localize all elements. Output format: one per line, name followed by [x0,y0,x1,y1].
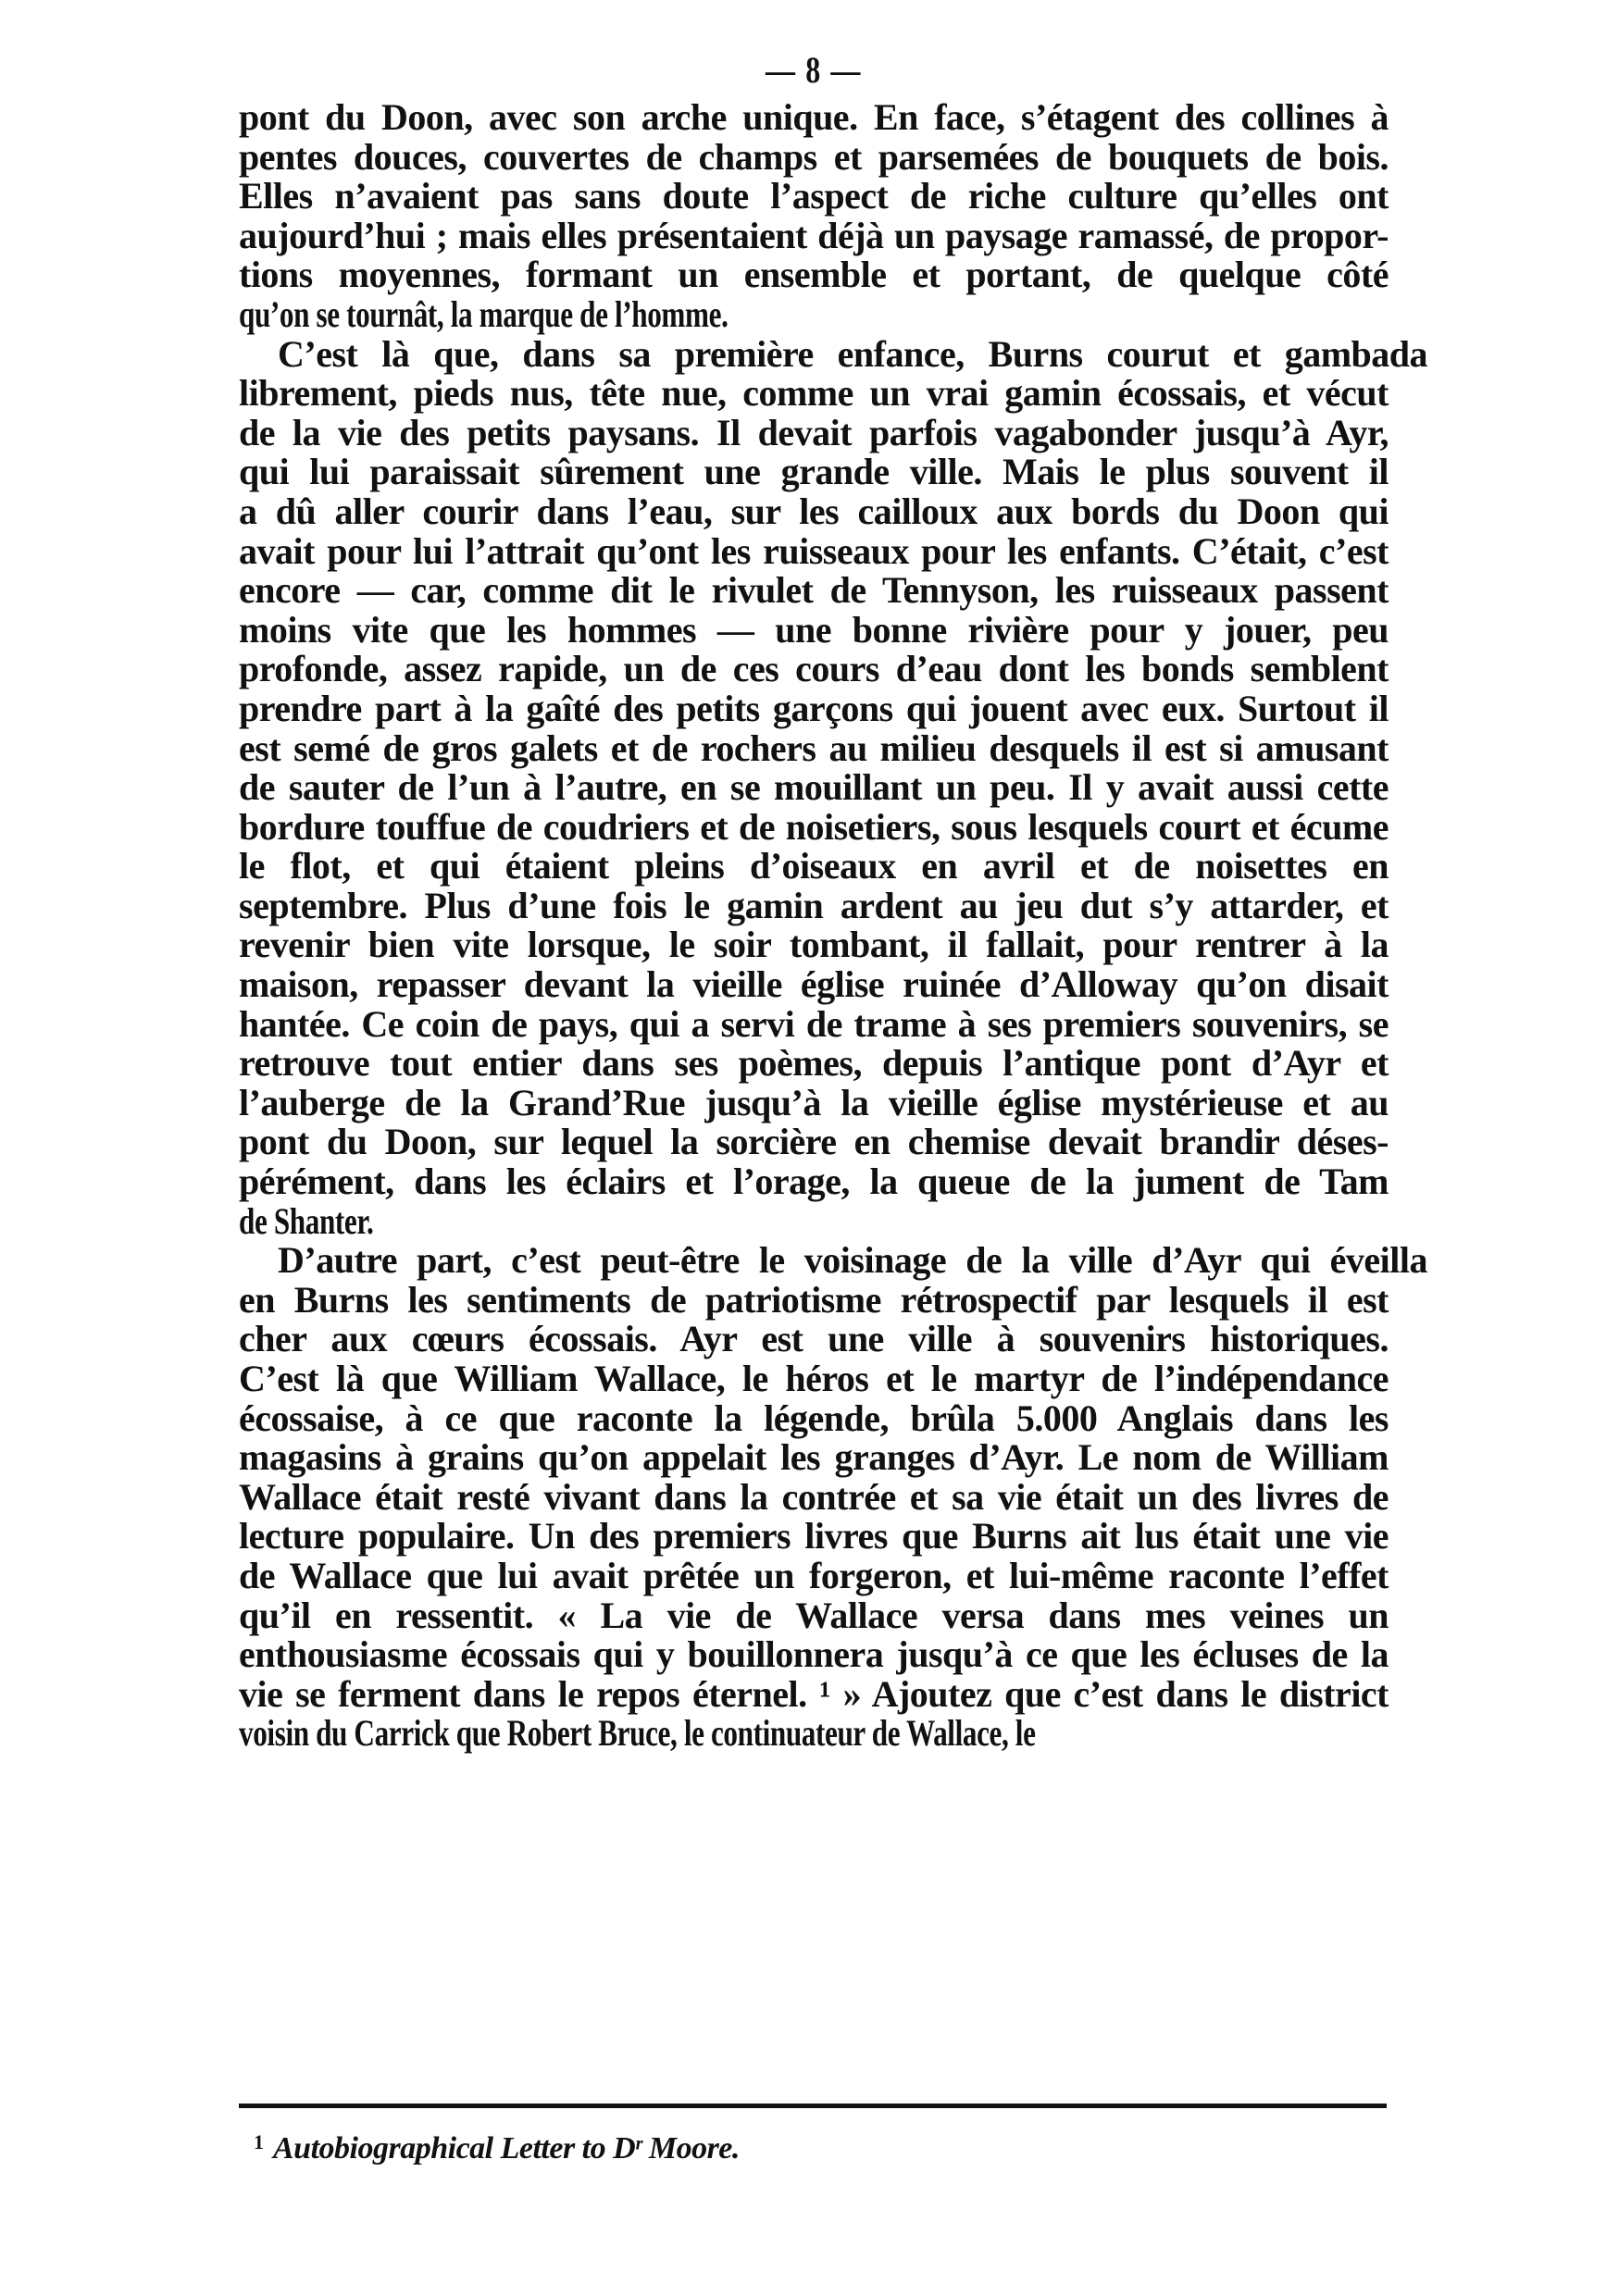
text-line: vie se ferment dans le repos éternel. ¹ … [239,1675,1389,1715]
text-line: maison, repasser devant la vieille églis… [239,965,1389,1005]
text-line: de Wallace que lui avait prêtée un forge… [239,1557,1389,1596]
paragraph-first-line: D’autre part, c’est peut-être le voisina… [239,1241,1427,1281]
text-line: qui lui paraissait sûrement une grande v… [239,453,1389,492]
text-line: avait pour lui l’attrait qu’ont les ruis… [239,532,1389,572]
text-line: septembre. Plus d’une fois le gamin arde… [239,887,1389,926]
text-line: de sauter de l’un à l’autre, en se mouil… [239,768,1389,808]
footnote-divider [239,2104,1387,2108]
text-line: tions moyennes, formant un ensemble et p… [239,255,1389,295]
text-line: magasins à grains qu’on appelait les gra… [239,1438,1389,1478]
text-line: de Shanter. [239,1202,1389,1242]
text-line: voisin du Carrick que Robert Bruce, le c… [239,1714,1389,1754]
text-line: cher aux cœurs écossais. Ayr est une vil… [239,1320,1389,1359]
text-line: est semé de gros galets et de rochers au… [239,729,1389,769]
text-line: librement, pieds nus, tête nue, comme un… [239,374,1389,414]
text-line: de la vie des petits paysans. Il devait … [239,414,1389,453]
text-line: qu’on se tournât, la marque de l’homme. [239,295,1389,335]
text-line: revenir bien vite lorsque, le soir tomba… [239,925,1389,965]
body-text: pont du Doon, avec son arche unique. En … [239,98,1389,1754]
footnote-marker: 1 [254,2130,264,2153]
text-line: enthousiasme écossais qui y bouillonnera… [239,1635,1389,1675]
document-page: — 8 — pont du Doon, avec son arche uniqu… [0,0,1619,2296]
page-number: — 8 — [354,48,1274,92]
text-line: aujourd’hui ; mais elles présentaient dé… [239,217,1389,256]
text-line: Elles n’avaient pas sans doute l’aspect … [239,177,1389,217]
paragraph-first-line: C’est là que, dans sa première enfance, … [239,335,1427,375]
text-line: le flot, et qui étaient pleins d’oiseaux… [239,847,1389,887]
text-line: hantée. Ce coin de pays, qui a servi de … [239,1005,1389,1045]
text-line: profonde, assez rapide, un de ces cours … [239,650,1389,689]
text-line: Wallace était resté vivant dans la contr… [239,1478,1389,1518]
footnote-text: Autobiographical Letter to Dʳ Moore. [273,2131,740,2166]
text-line: pentes douces, couvertes de champs et pa… [239,138,1389,178]
text-line: pont du Doon, sur lequel la sorcière en … [239,1123,1389,1162]
text-line: lecture populaire. Un des premiers livre… [239,1517,1389,1557]
text-line: retrouve tout entier dans ses poèmes, de… [239,1044,1389,1084]
footnote: 1Autobiographical Letter to Dʳ Moore. [254,2130,740,2166]
text-line: moins vite que les hommes — une bonne ri… [239,611,1389,651]
text-line: C’est là que William Wallace, le héros e… [239,1359,1389,1399]
text-line: pont du Doon, avec son arche unique. En … [239,98,1389,138]
text-line: a dû aller courir dans l’eau, sur les ca… [239,492,1389,532]
text-line: encore — car, comme dit le rivulet de Te… [239,571,1389,611]
text-line: bordure touffue de coudriers et de noise… [239,808,1389,848]
text-line: prendre part à la gaîté des petits garço… [239,689,1389,729]
text-line: en Burns les sentiments de patriotisme r… [239,1281,1389,1321]
text-line: l’auberge de la Grand’Rue jusqu’à la vie… [239,1084,1389,1123]
text-line: pérément, dans les éclairs et l’orage, l… [239,1162,1389,1202]
text-line: écossaise, à ce que raconte la légende, … [239,1399,1389,1439]
text-line: qu’il en ressentit. « La vie de Wallace … [239,1596,1389,1636]
